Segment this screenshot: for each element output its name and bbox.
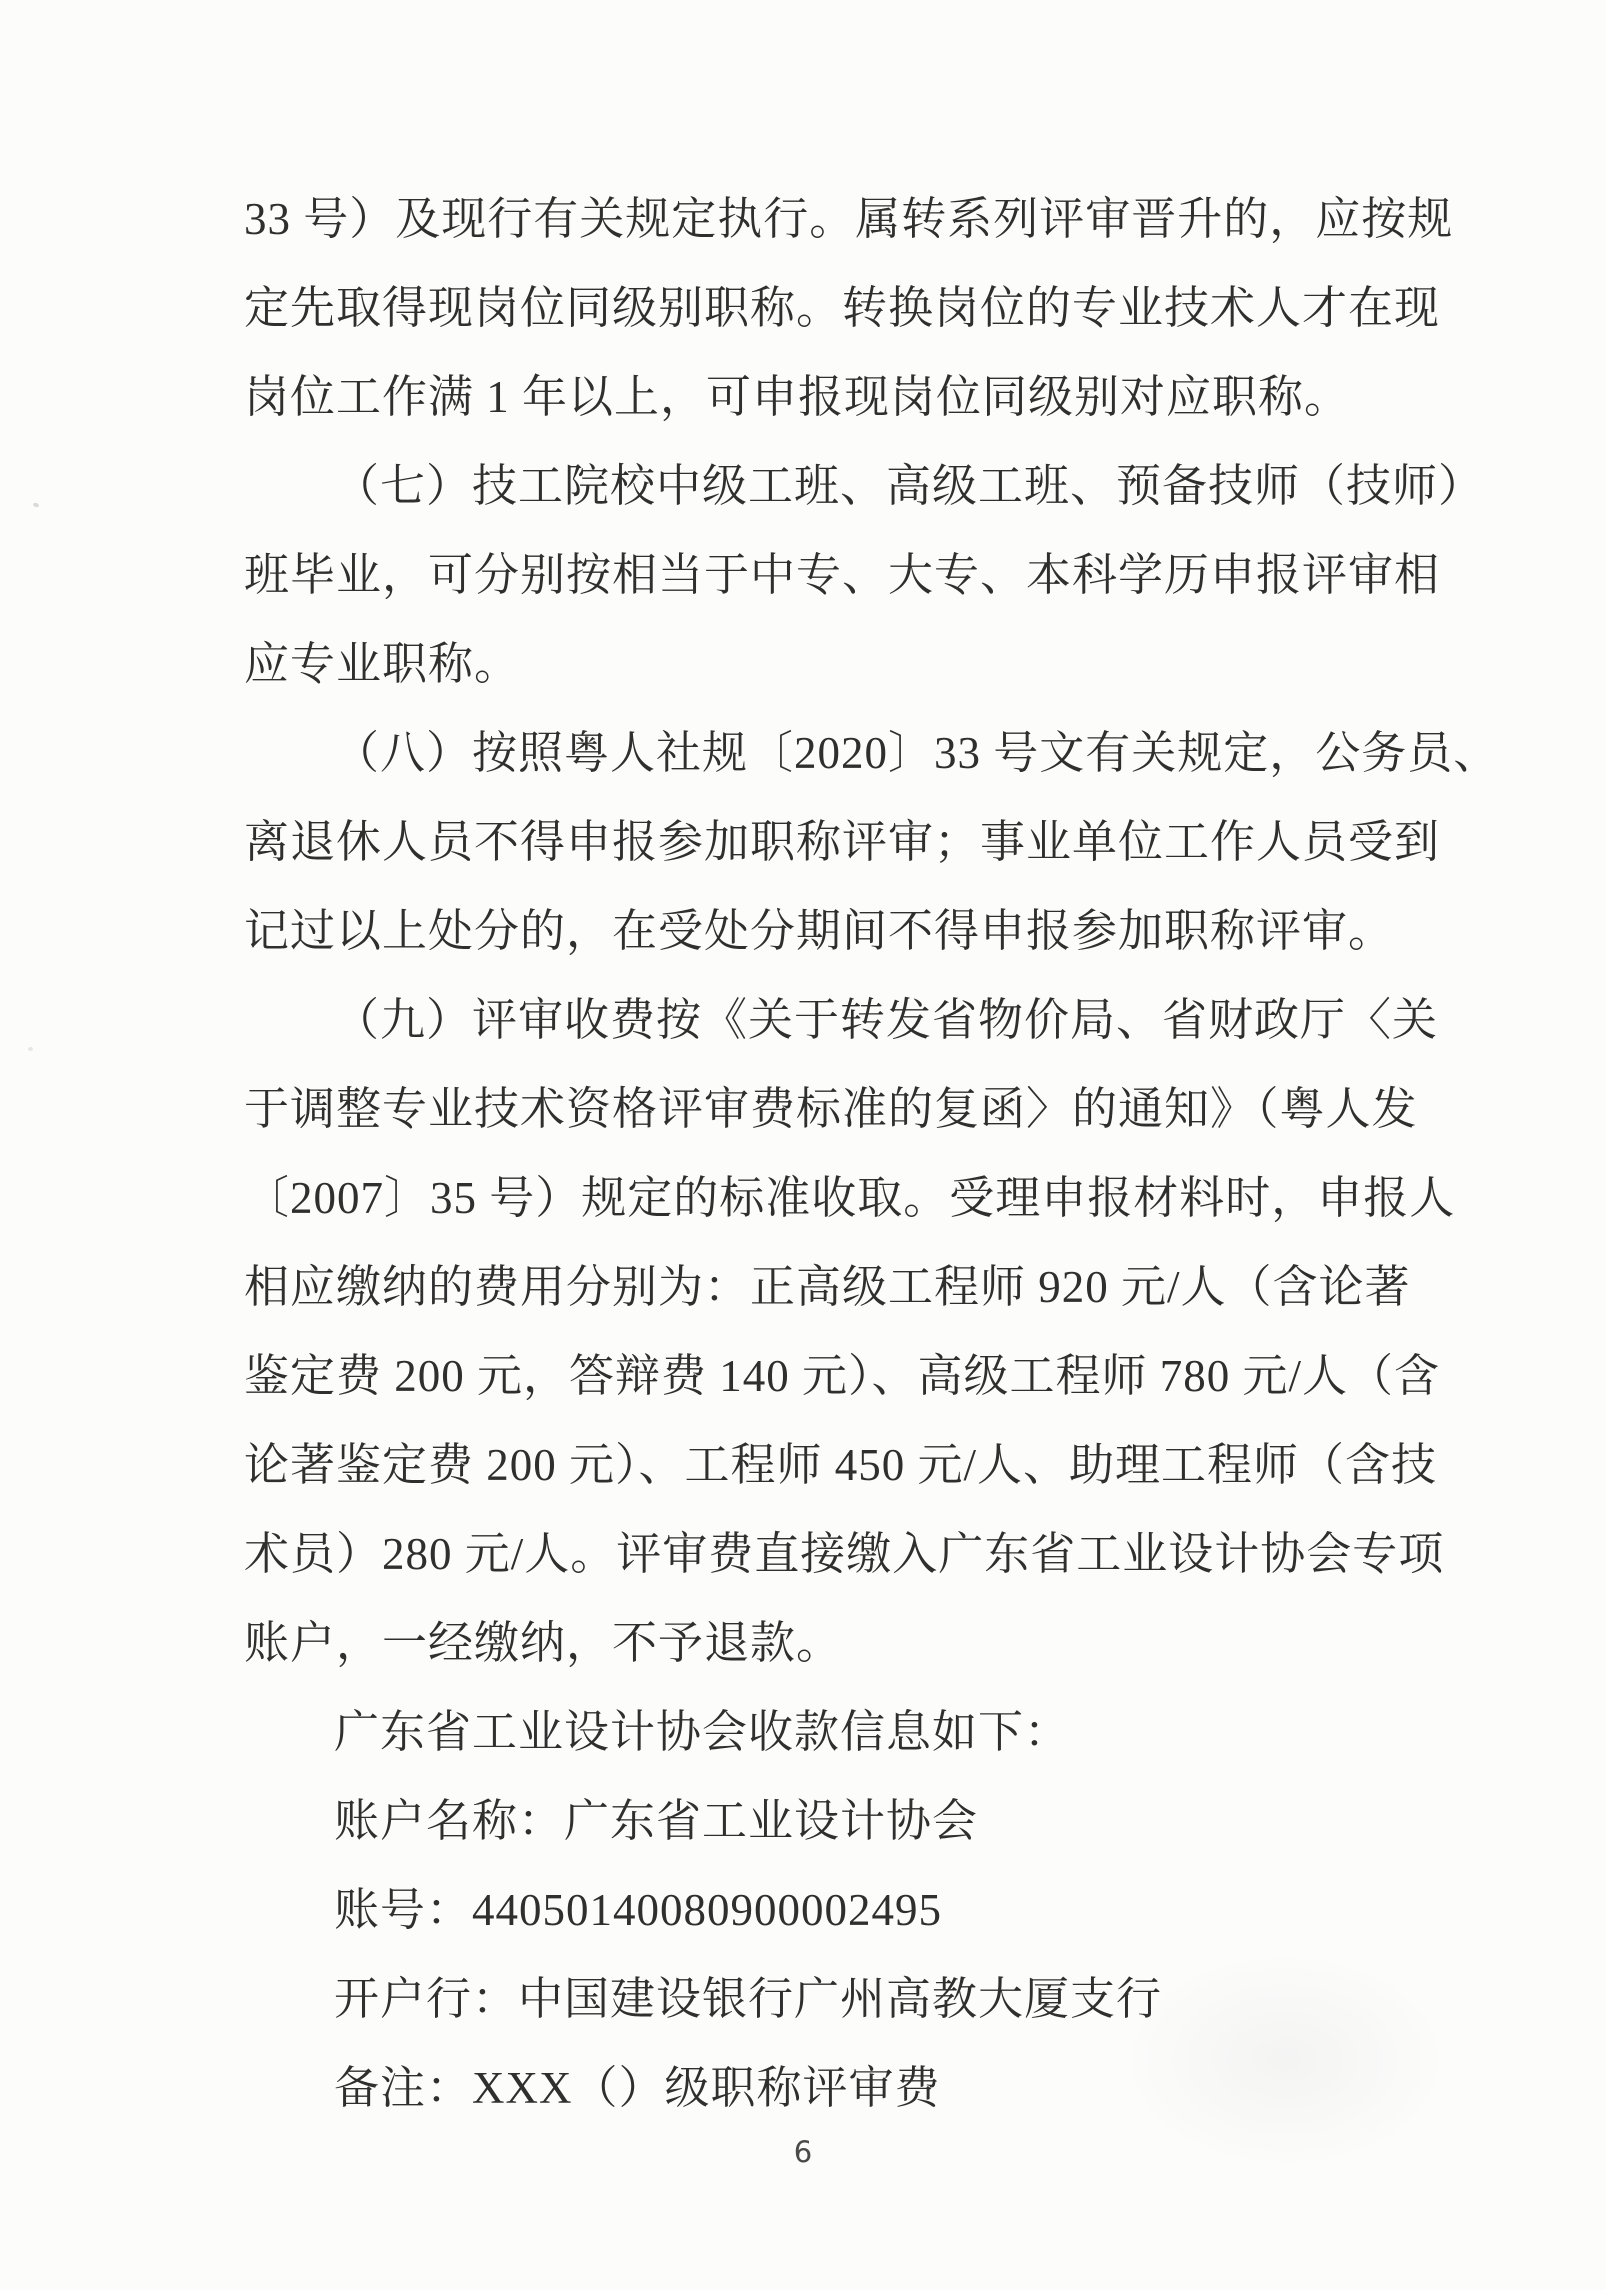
text-line: 应专业职称。 <box>244 620 1511 709</box>
text-line: 术员）280 元/人。评审费直接缴入广东省工业设计协会专项 <box>244 1510 1511 1599</box>
text-line: （八）按照粤人社规〔2020〕33 号文有关规定，公务员、 <box>244 709 1511 798</box>
document-body: 33 号）及现行有关规定执行。属转系列评审晋升的，应按规定先取得现岗位同级别职称… <box>244 175 1511 2133</box>
text-line: 定先取得现岗位同级别职称。转换岗位的专业技术人才在现 <box>244 264 1511 353</box>
text-line: 岗位工作满 1 年以上，可申报现岗位同级别对应职称。 <box>244 353 1511 442</box>
document-page: 33 号）及现行有关规定执行。属转系列评审晋升的，应按规定先取得现岗位同级别职称… <box>0 0 1606 2290</box>
text-line: 鉴定费 200 元，答辩费 140 元）、高级工程师 780 元/人（含 <box>244 1332 1511 1421</box>
page-number: 6 <box>0 2135 1606 2169</box>
text-line: 〔2007〕35 号）规定的标准收取。受理申报材料时，申报人 <box>244 1154 1511 1243</box>
text-line: 相应缴纳的费用分别为：正高级工程师 920 元/人（含论著 <box>244 1243 1511 1332</box>
text-line: （七）技工院校中级工班、高级工班、预备技师（技师） <box>244 442 1511 531</box>
text-line: 于调整专业技术资格评审费标准的复函〉的通知》（粤人发 <box>244 1065 1511 1154</box>
text-line: 备注：XXX（）级职称评审费 <box>244 2044 1511 2133</box>
text-line: 离退休人员不得申报参加职称评审；事业单位工作人员受到 <box>244 798 1511 887</box>
text-line: 广东省工业设计协会收款信息如下： <box>244 1688 1511 1777</box>
text-line: 账户名称：广东省工业设计协会 <box>244 1777 1511 1866</box>
text-line: （九）评审收费按《关于转发省物价局、省财政厅〈关 <box>244 976 1511 1065</box>
text-line: 账户，一经缴纳，不予退款。 <box>244 1599 1511 1688</box>
text-line: 班毕业，可分别按相当于中专、大专、本科学历申报评审相 <box>244 531 1511 620</box>
scan-speckle <box>28 1047 33 1051</box>
text-line: 开户行：中国建设银行广州高教大厦支行 <box>244 1955 1511 2044</box>
text-line: 记过以上处分的，在受处分期间不得申报参加职称评审。 <box>244 887 1511 976</box>
text-line: 账号：44050140080900002495 <box>244 1866 1511 1955</box>
text-line: 论著鉴定费 200 元）、工程师 450 元/人、助理工程师（含技 <box>244 1421 1511 1510</box>
text-line: 33 号）及现行有关规定执行。属转系列评审晋升的，应按规 <box>244 175 1511 264</box>
scan-speckle <box>32 502 39 508</box>
